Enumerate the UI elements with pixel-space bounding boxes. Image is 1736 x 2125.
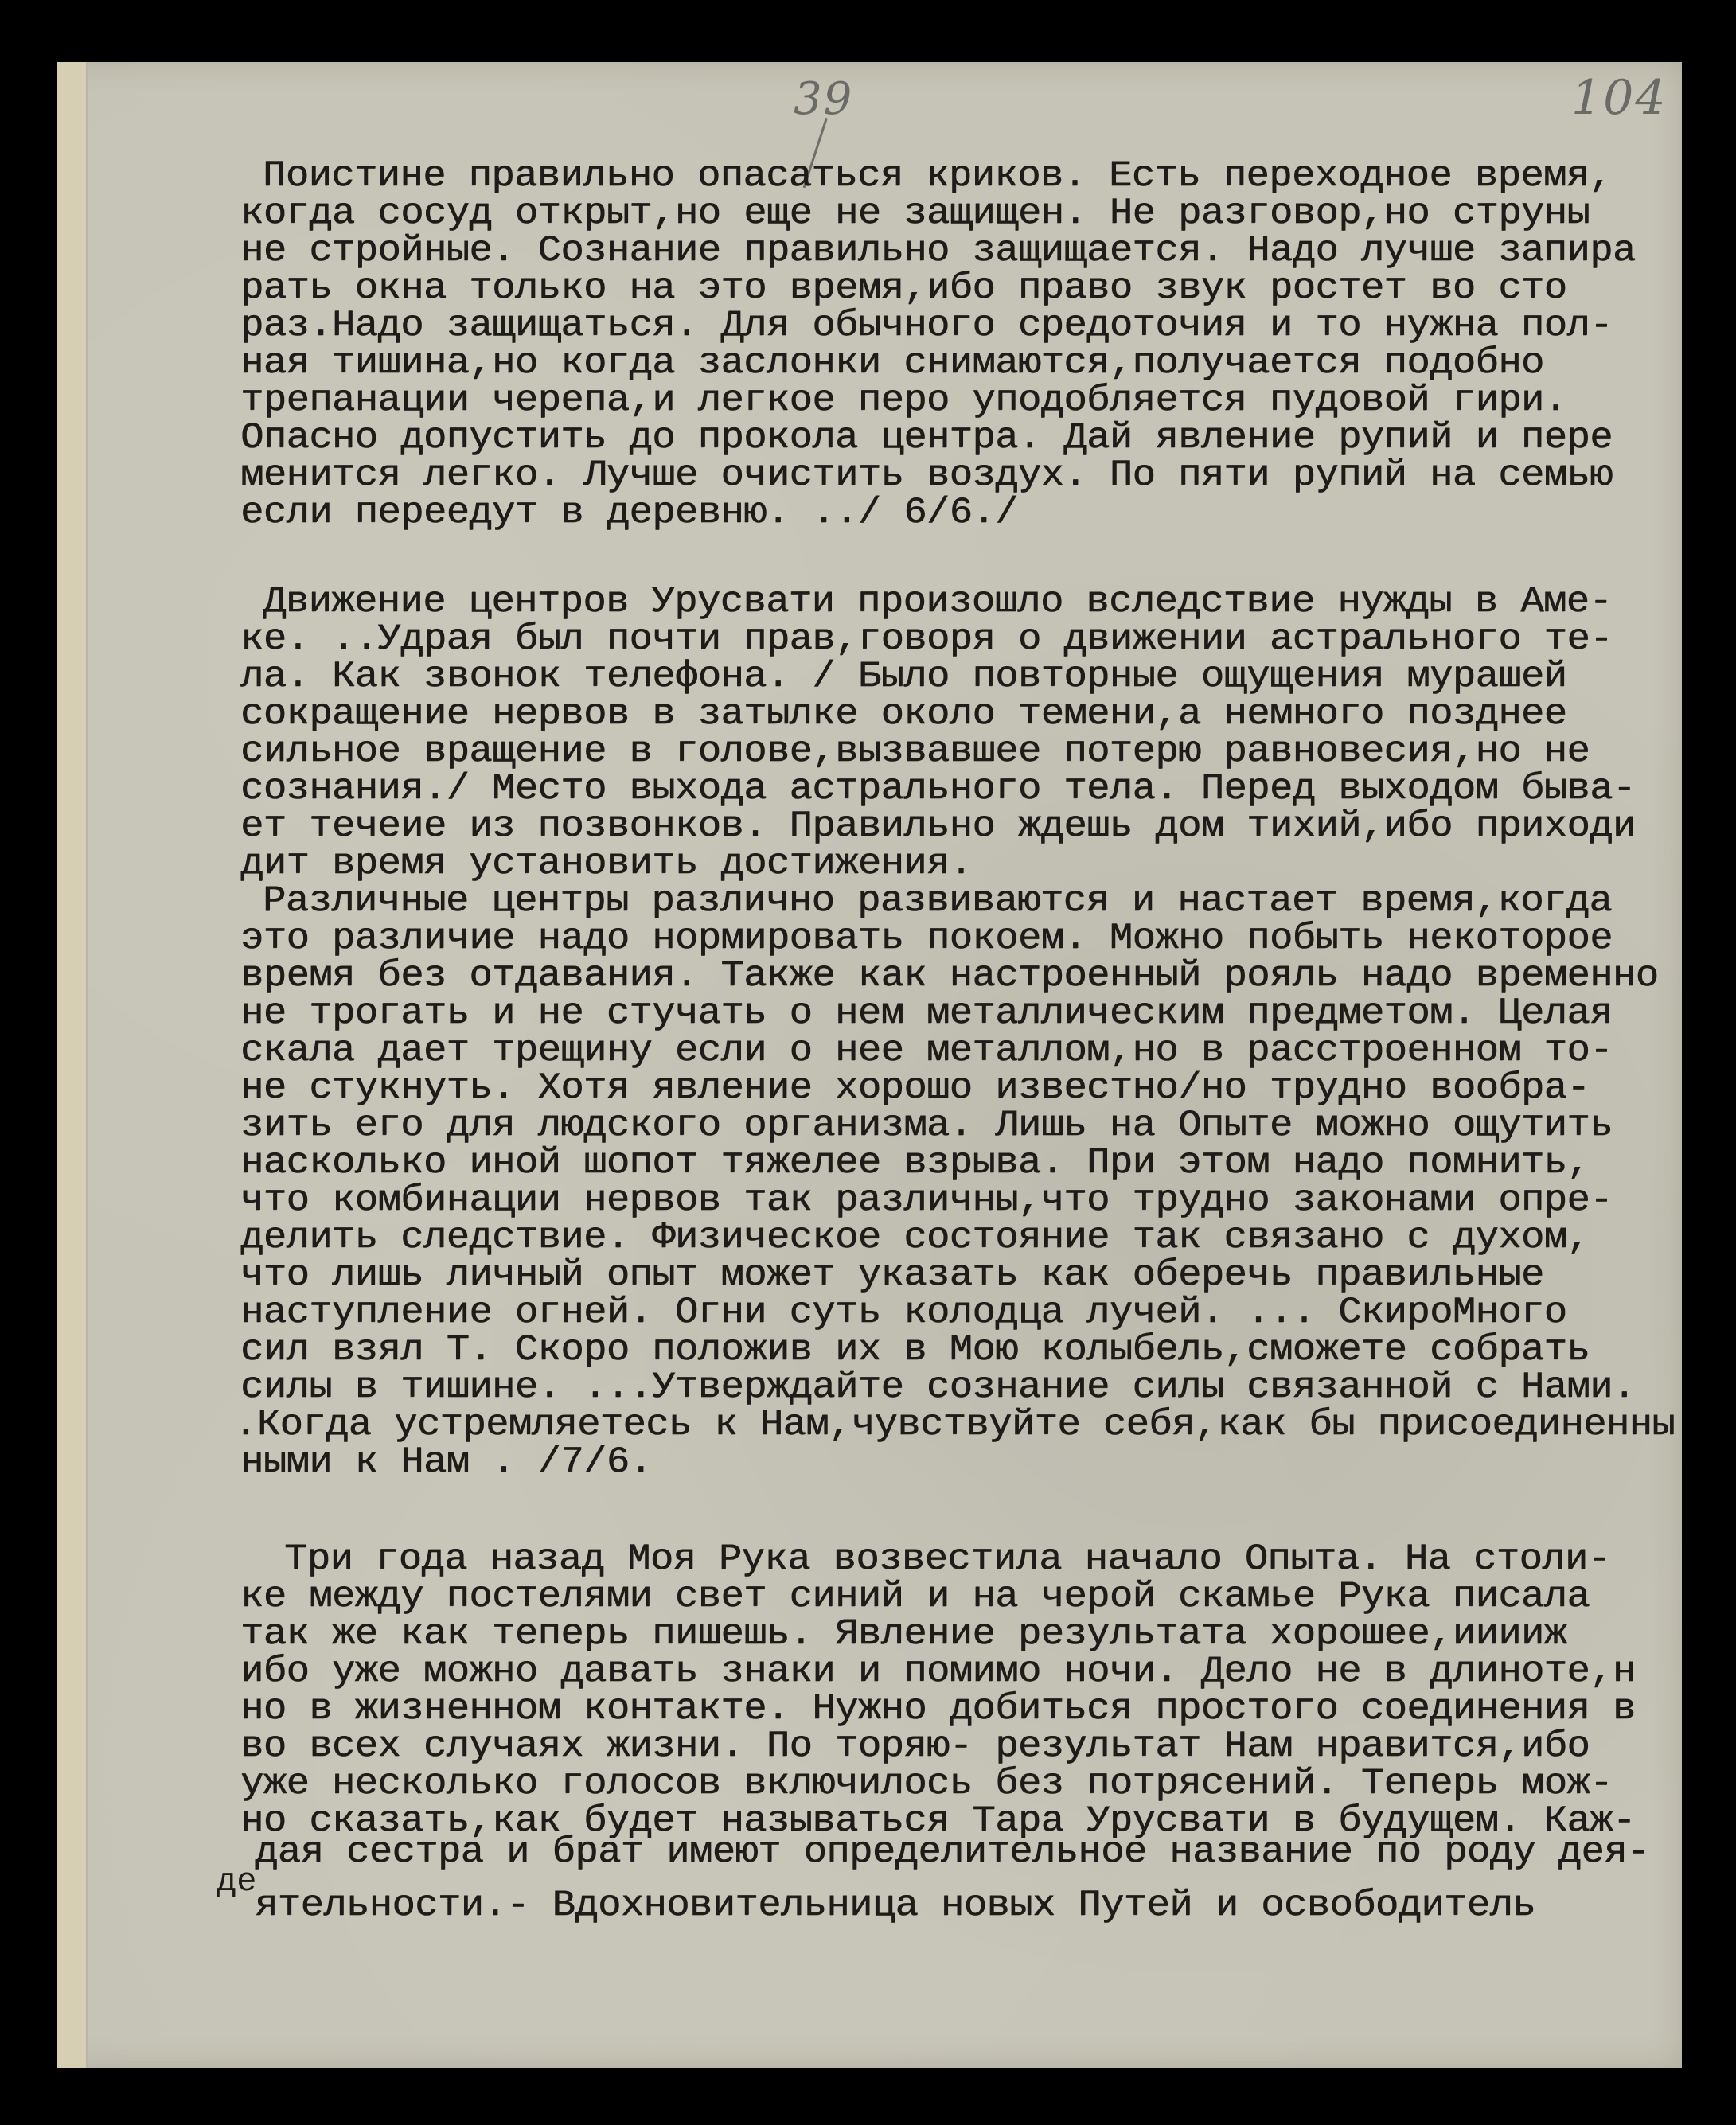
- text-line: ла. Как звонок телефона. / Было повторны…: [240, 658, 1566, 695]
- text-line: рать окна только на это время,ибо право …: [240, 270, 1566, 306]
- text-line: Различные центры различно развиваются и …: [263, 883, 1612, 919]
- text-line: уже несколько голосов включилось без пот…: [240, 1765, 1613, 1802]
- text-line: наступление огней. Огни суть колодца луч…: [240, 1294, 1566, 1331]
- text-line: насколько иной шопот тяжелее взрыва. При…: [240, 1144, 1590, 1181]
- text-line: Движение центров Урусвати произошло всле…: [263, 583, 1612, 620]
- text-line: ет течеие из позвонков. Правильно ждешь …: [240, 808, 1636, 844]
- text-line: когда сосуд открыт,но еще не защищен. Не…: [240, 195, 1590, 232]
- text-line: но в жизненном контакте. Нужно добиться …: [240, 1690, 1636, 1727]
- text-line: ибо уже можно давать знаки и помимо ночи…: [240, 1653, 1636, 1690]
- text-line: так же как теперь пишешь. Явление резуль…: [240, 1616, 1566, 1652]
- text-line: не стукнуть. Хотя явление хорошо известн…: [240, 1070, 1590, 1106]
- text-line: сознания./ Место выхода астрального тела…: [240, 770, 1636, 807]
- text-line: что комбинации нервов так различны,что т…: [240, 1182, 1613, 1218]
- folio-number: 104: [1571, 70, 1668, 126]
- text-line: зить его для людского организма. Лишь на…: [240, 1107, 1613, 1144]
- text-line: сильное вращение в голове,вызвавшее поте…: [240, 733, 1590, 770]
- text-line: дая сестра и брат имеют определительное …: [255, 1834, 1650, 1870]
- text-line: Три года назад Моя Рука возвестила начал…: [284, 1541, 1610, 1577]
- text-line: ными к Нам . /7/6.: [240, 1444, 652, 1480]
- text-line: ке между постелями свет синий и на черой…: [240, 1578, 1590, 1615]
- text-line: не стройные. Сознание правильно защищает…: [240, 232, 1636, 269]
- text-line: скала дает трещину если о нее металлом,н…: [240, 1032, 1613, 1069]
- paper-edge-strip: [57, 62, 88, 2068]
- text-line: сил взял Т. Скоро положив их в Мою колыб…: [240, 1332, 1590, 1368]
- text-line: Поистине правильно опасаться криков. Ест…: [263, 158, 1612, 194]
- text-line: дит время установить достижения.: [240, 845, 972, 882]
- text-line: не трогать и не стучать о нем металличес…: [240, 995, 1613, 1031]
- text-line: менится легко. Лучше очистить воздух. По…: [240, 457, 1613, 493]
- text-line: трепанации черепа,и легкое перо уподобля…: [240, 382, 1566, 419]
- text-line: что лишь личный опыт может указать как о…: [240, 1257, 1544, 1293]
- text-line: если переедут в деревню. ../ 6/6./: [240, 494, 1018, 531]
- text-line: .Когда устремляетесь к Нам,чувствуйте се…: [234, 1406, 1675, 1443]
- text-line: ятельности.- Вдохновительница новых Путе…: [255, 1887, 1535, 1924]
- marginal-insert: де: [217, 1862, 256, 1901]
- text-line: во всех случаях жизни. По торяю- результ…: [240, 1728, 1590, 1764]
- text-line: Опасно допустить до прокола центра. Дай …: [240, 419, 1613, 456]
- text-line: раз.Надо защищаться. Для обычного средот…: [240, 307, 1613, 344]
- text-line: ке. ..Удрая был почти прав,говоря о движ…: [240, 621, 1613, 657]
- text-line: сокращение нервов в затылке около темени…: [240, 696, 1566, 732]
- document-page: 39 104 Поистине правильно опасаться крик…: [57, 62, 1682, 2068]
- text-line: делить следствие. Физическое состояние т…: [240, 1219, 1590, 1256]
- text-line: силы в тишине. ...Утверждайте сознание с…: [240, 1369, 1636, 1406]
- handwritten-sheet-number: 39: [794, 73, 853, 125]
- text-line: время без отдавания. Также как настроенн…: [240, 957, 1658, 994]
- text-line: это различие надо нормировать покоем. Мо…: [240, 920, 1613, 957]
- text-line: ная тишина,но когда заслонки снимаются,п…: [240, 345, 1544, 381]
